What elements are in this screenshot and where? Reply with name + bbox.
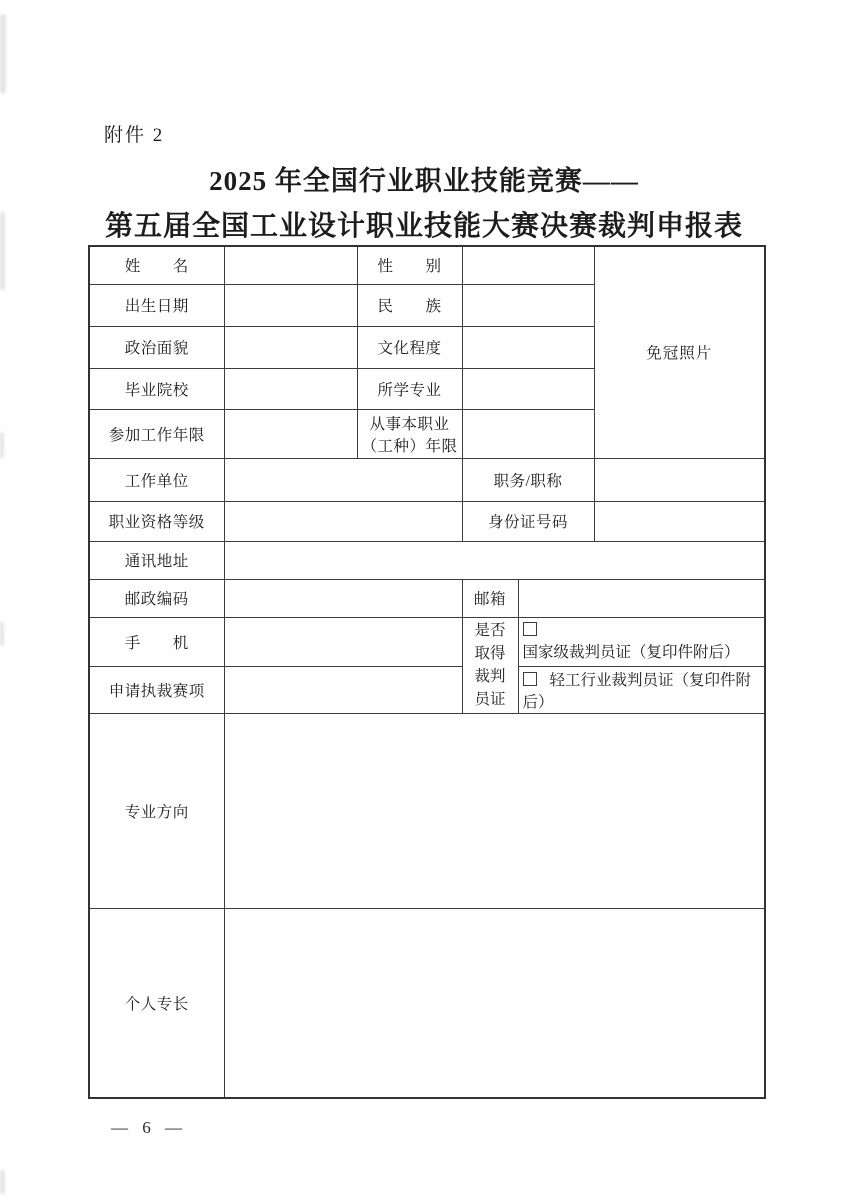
industry-certificate-label: 轻工行业裁判员证（复印件附后） [523, 672, 752, 711]
postal-code-value-cell [224, 579, 462, 617]
gender-label: 性 别 [357, 246, 462, 284]
graduate-school-value-cell [224, 368, 357, 409]
row-postcode-email: 邮政编码 邮箱 [89, 579, 765, 617]
occupation-years-label: 从事本职业 （工种）年限 [357, 409, 462, 458]
occupation-years-value-cell [462, 409, 594, 458]
scan-artifact [0, 14, 6, 94]
scan-artifact [0, 432, 4, 458]
checkbox-icon [523, 672, 537, 686]
political-status-label: 政治面貌 [89, 326, 224, 368]
row-name-gender: 姓 名 性 别 免冠照片 [89, 246, 765, 284]
qualification-level-value-cell [224, 501, 462, 541]
industry-certificate-option: 轻工行业裁判员证（复印件附后） [518, 666, 765, 713]
page-number: — 6 — [92, 1118, 202, 1138]
position-title-label: 职务/职称 [462, 458, 594, 501]
political-status-value-cell [224, 326, 357, 368]
mailing-address-label: 通讯地址 [89, 541, 224, 579]
graduate-school-label: 毕业院校 [89, 368, 224, 409]
professional-direction-value-cell [224, 713, 765, 908]
gender-value-cell [462, 246, 594, 284]
name-value-cell [224, 246, 357, 284]
row-professional-direction: 专业方向 [89, 713, 765, 908]
mailing-address-value-cell [224, 541, 765, 579]
work-years-value-cell [224, 409, 357, 458]
row-personal-specialty: 个人专长 [89, 908, 765, 1098]
photo-placeholder-cell: 免冠照片 [594, 246, 765, 458]
professional-direction-label: 专业方向 [89, 713, 224, 908]
row-employer-position: 工作单位 职务/职称 [89, 458, 765, 501]
education-level-value-cell [462, 326, 594, 368]
qualification-level-label: 职业资格等级 [89, 501, 224, 541]
birth-date-value-cell [224, 284, 357, 326]
email-value-cell [518, 579, 765, 617]
national-certificate-label: 国家级裁判员证（复印件附后） [523, 644, 740, 661]
title-line-2: 第五届全国工业设计职业技能大赛决赛裁判申报表 [0, 204, 848, 250]
education-level-label: 文化程度 [357, 326, 462, 368]
name-label: 姓 名 [89, 246, 224, 284]
employer-label: 工作单位 [89, 458, 224, 501]
national-certificate-option: 国家级裁判员证（复印件附后） [518, 617, 765, 666]
ethnicity-value-cell [462, 284, 594, 326]
competition-event-label: 申请执裁赛项 [89, 666, 224, 713]
employer-value-cell [224, 458, 462, 501]
scan-artifact [0, 622, 4, 646]
major-value-cell [462, 368, 594, 409]
title-line-1: 2025 年全国行业职业技能竞赛—— [0, 158, 848, 204]
email-label: 邮箱 [462, 579, 518, 617]
attachment-label: 附件 2 [104, 120, 164, 147]
row-qualification-id: 职业资格等级 身份证号码 [89, 501, 765, 541]
postal-code-label: 邮政编码 [89, 579, 224, 617]
mobile-label: 手 机 [89, 617, 224, 666]
id-number-label: 身份证号码 [462, 501, 594, 541]
row-mailing-address: 通讯地址 [89, 541, 765, 579]
document-title: 2025 年全国行业职业技能竞赛—— 第五届全国工业设计职业技能大赛决赛裁判申报… [0, 158, 848, 250]
scan-artifact [0, 1170, 5, 1194]
scanned-document-page: 附件 2 2025 年全国行业职业技能竞赛—— 第五届全国工业设计职业技能大赛决… [0, 0, 848, 1200]
birth-date-label: 出生日期 [89, 284, 224, 326]
major-label: 所学专业 [357, 368, 462, 409]
id-number-value-cell [594, 501, 765, 541]
work-years-label: 参加工作年限 [89, 409, 224, 458]
application-form-table: 姓 名 性 别 免冠照片 出生日期 民 族 政治面貌 文化程度 毕业院校 [88, 245, 766, 1099]
personal-specialty-label: 个人专长 [89, 908, 224, 1098]
personal-specialty-value-cell [224, 908, 765, 1098]
competition-event-value-cell [224, 666, 462, 713]
row-mobile-certificate: 手 机 是否 取得 裁判 员证 国家级裁判员证（复印件附后） [89, 617, 765, 666]
mobile-value-cell [224, 617, 462, 666]
judge-certificate-label: 是否 取得 裁判 员证 [462, 617, 518, 713]
position-title-value-cell [594, 458, 765, 501]
checkbox-icon [523, 622, 537, 636]
row-event-certificate: 申请执裁赛项 轻工行业裁判员证（复印件附后） [89, 666, 765, 713]
ethnicity-label: 民 族 [357, 284, 462, 326]
